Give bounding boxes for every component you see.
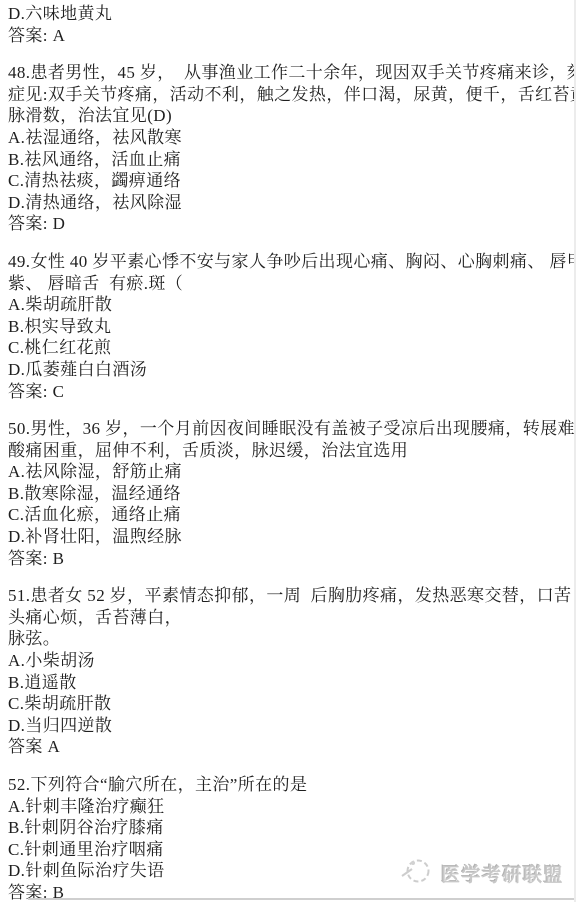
- text-line: C.桃仁红花煎: [8, 337, 572, 359]
- text-line: 答案: D: [8, 213, 572, 235]
- text-line: 脉滑数，治法宜见(D): [8, 105, 572, 127]
- text-line: D.清热通络，祛风除湿: [8, 192, 572, 214]
- text-line: B.针刺阴谷治疗膝痛: [8, 817, 572, 839]
- text-line: 症见:双手关节疼痛，活动不利，触之发热，伴口渴，尿黄，便千，舌红苔黄腻，: [8, 84, 572, 106]
- text-line: 52.下列符合“腧穴所在，主治”所在的是: [8, 774, 572, 796]
- text-line: 紫、 唇暗舌 有瘀.斑（: [8, 273, 572, 295]
- text-line: D.六味地黄丸: [8, 3, 572, 25]
- text-line: A.小柴胡汤: [8, 650, 572, 672]
- text-line: A.柴胡疏肝散: [8, 294, 572, 316]
- text-line: A.祛风除湿，舒筋止痛: [8, 461, 572, 483]
- text-line: 48.患者男性，45 岁， 从事渔业工作二十余年，现因双手关节疼痛来诊，刻下: [8, 62, 572, 84]
- question-50: 50.男性，36 岁，一个月前因夜间睡眠没有盖被子受凉后出现腰痛，转展难侧，酸痛…: [8, 418, 572, 569]
- text-line: B.散寒除湿，温经通络: [8, 483, 572, 505]
- text-line: B.逍遥散: [8, 672, 572, 694]
- text-line: 49.女性 40 岁平素心悸不安与家人争吵后出现心痛、胸闷、心胸刺痛、 唇甲青: [8, 251, 572, 273]
- text-line: 酸痛困重，屈伸不利，舌质淡，脉迟缓，治法宜选用: [8, 440, 572, 462]
- question-48: 48.患者男性，45 岁， 从事渔业工作二十余年，现因双手关节疼痛来诊，刻下症见…: [8, 62, 572, 235]
- watermark-text: 医学考研联盟: [441, 860, 564, 887]
- watermark: 医学考研联盟: [399, 854, 564, 893]
- question-51: 51.患者女 52 岁，平素情态抑郁，一周 后胸肋疼痛，发热恶寒交替，口苦口千，…: [8, 585, 572, 758]
- text-line: A.祛湿通络，祛风散寒: [8, 127, 572, 149]
- text-line: D.当归四逆散: [8, 715, 572, 737]
- text-line: D.瓜萎薤白白酒汤: [8, 359, 572, 381]
- text-line: 答案: B: [8, 548, 572, 570]
- text-line: 50.男性，36 岁，一个月前因夜间睡眠没有盖被子受凉后出现腰痛，转展难侧，: [8, 418, 572, 440]
- text-line: C.清热祛痰，蠲痹通络: [8, 170, 572, 192]
- text-line: D.补肾壮阳，温煦经脉: [8, 526, 572, 548]
- text-line: 脉弦。: [8, 628, 572, 650]
- text-line: A.针刺丰隆治疗癫狂: [8, 796, 572, 818]
- text-line: 51.患者女 52 岁，平素情态抑郁，一周 后胸肋疼痛，发热恶寒交替，口苦口千，: [8, 585, 572, 607]
- text-line: 答案 A: [8, 736, 572, 758]
- bird-circle-logo-icon: [399, 854, 433, 893]
- bottom-divider: [28, 898, 576, 900]
- question-list: D.六味地黄丸答案: A48.患者男性，45 岁， 从事渔业工作二十余年，现因双…: [8, 3, 572, 902]
- text-line: 答案: C: [8, 381, 572, 403]
- text-line: B.枳实导致丸: [8, 316, 572, 338]
- exam-document-page: D.六味地黄丸答案: A48.患者男性，45 岁， 从事渔业工作二十余年，现因双…: [0, 0, 576, 902]
- text-line: 头痛心烦，舌苔薄白，: [8, 607, 572, 629]
- question-47-remainder: D.六味地黄丸答案: A: [8, 3, 572, 46]
- text-line: B.祛风通络，活血止痛: [8, 149, 572, 171]
- text-line: C.柴胡疏肝散: [8, 693, 572, 715]
- text-line: 答案: A: [8, 25, 572, 47]
- question-49: 49.女性 40 岁平素心悸不安与家人争吵后出现心痛、胸闷、心胸刺痛、 唇甲青紫…: [8, 251, 572, 402]
- text-line: C.活血化瘀，通络止痛: [8, 504, 572, 526]
